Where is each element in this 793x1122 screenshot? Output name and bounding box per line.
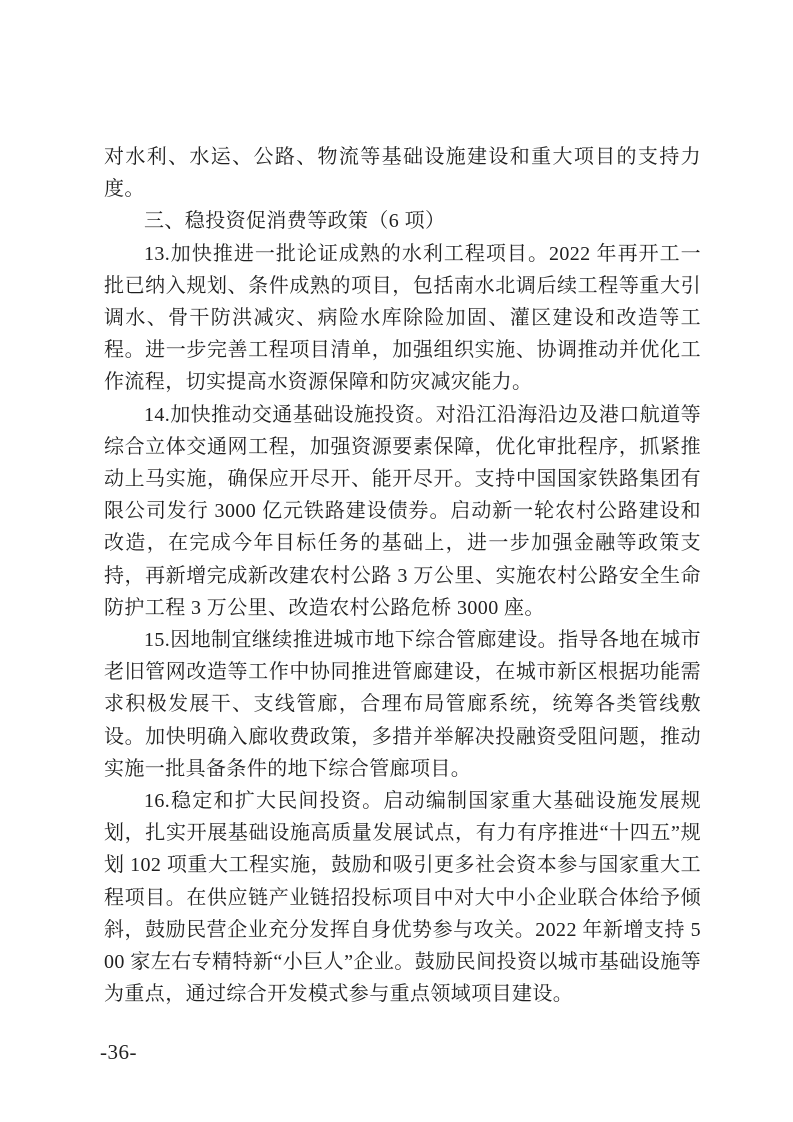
- page-number: -36-: [100, 1038, 137, 1066]
- section-heading: 三、稳投资促消费等政策（6 项）: [104, 205, 701, 237]
- document-text-block: 对水利、水运、公路、物流等基础设施建设和重大项目的支持力度。 三、稳投资促消费等…: [104, 141, 701, 1010]
- paragraph-16: 16.稳定和扩大民间投资。启动编制国家重大基础设施发展规划，扎实开展基础设施高质…: [104, 785, 701, 1010]
- continuation-line: 对水利、水运、公路、物流等基础设施建设和重大项目的支持力度。: [104, 141, 701, 205]
- paragraph-15: 15.因地制宜继续推进城市地下综合管廊建设。指导各地在城市老旧管网改造等工作中协…: [104, 624, 701, 785]
- paragraph-13: 13.加快推进一批论证成熟的水利工程项目。2022 年再开工一批已纳入规划、条件…: [104, 238, 701, 399]
- paragraph-14: 14.加快推动交通基础设施投资。对沿江沿海沿边及港口航道等综合立体交通网工程，加…: [104, 399, 701, 624]
- document-page: 对水利、水运、公路、物流等基础设施建设和重大项目的支持力度。 三、稳投资促消费等…: [0, 0, 793, 1122]
